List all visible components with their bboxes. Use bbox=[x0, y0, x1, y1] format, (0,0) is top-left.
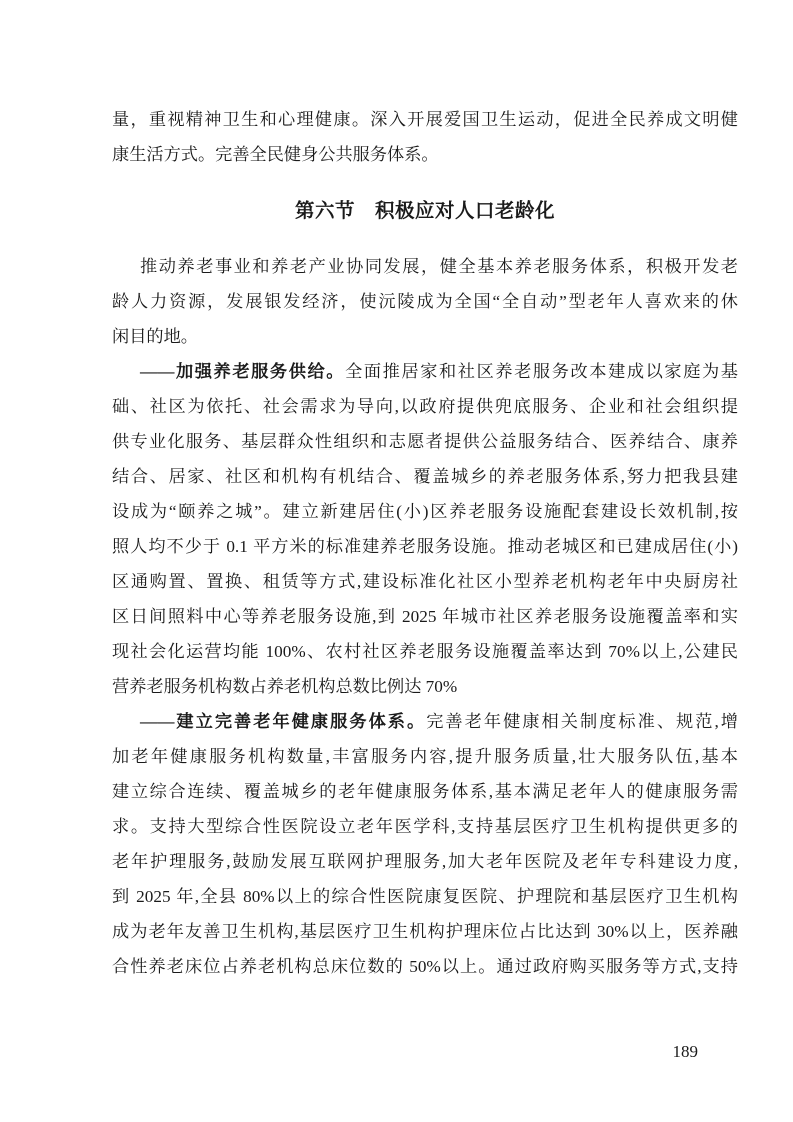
text-segment: 闲目的地。 bbox=[112, 327, 198, 346]
text-segment: 建立综合连续、覆盖城乡的老年健康服务体系,基本满足老年人的健康服务需 bbox=[112, 782, 738, 801]
text-segment: 康生活方式。完善全民健身公共服务体系。 bbox=[112, 145, 439, 164]
text-line: 求。支持大型综合性医院设立老年医学科,支持基层医疗卫生机构提供更多的 bbox=[112, 809, 738, 844]
text-line: 区日间照料中心等养老服务设施,到 2025 年城市社区养老服务设施覆盖率和实 bbox=[112, 599, 738, 634]
bold-lead-in: ——建立完善老年健康服务体系。 bbox=[140, 712, 426, 731]
bold-lead-in: ——加强养老服务供给。 bbox=[140, 362, 345, 381]
text-segment: 供专业化服务、基层群众性组织和志愿者提供公益服务结合、医养结合、康养 bbox=[112, 432, 738, 451]
text-line: 结合、居家、社区和机构有机结合、覆盖城乡的养老服务体系,努力把我县建 bbox=[112, 459, 738, 494]
text-line: 营养老服务机构数占养老机构总数比例达 70% bbox=[112, 669, 738, 704]
page-number: 189 bbox=[673, 1042, 699, 1062]
text-segment: 设成为“颐养之城”。建立新建居住(小)区养老服务设施配套建设长效机制,按 bbox=[112, 502, 738, 521]
text-segment: 龄人力资源，发展银发经济，使沅陵成为全国“全自动”型老年人喜欢来的休 bbox=[112, 292, 738, 311]
paragraph-lines-top: 量，重视精神卫生和心理健康。深入开展爱国卫生运动，促进全民养成文明健康生活方式。… bbox=[112, 102, 738, 172]
text-line: 推动养老事业和养老产业协同发展，健全基本养老服务体系，积极开发老 bbox=[112, 249, 738, 284]
text-line: 设成为“颐养之城”。建立新建居住(小)区养老服务设施配套建设长效机制,按 bbox=[112, 494, 738, 529]
text-segment: 量，重视精神卫生和心理健康。深入开展爱国卫生运动，促进全民养成文明健 bbox=[112, 110, 738, 129]
text-line: 龄人力资源，发展银发经济，使沅陵成为全国“全自动”型老年人喜欢来的休 bbox=[112, 284, 738, 319]
document-page: 量，重视精神卫生和心理健康。深入开展爱国卫生运动，促进全民养成文明健康生活方式。… bbox=[0, 0, 793, 1122]
text-line: 成为老年友善卫生机构,基层医疗卫生机构护理床位占比达到 30%以上，医养融 bbox=[112, 914, 738, 949]
text-segment: 照人均不少于 0.1 平方米的标准建养老服务设施。推动老城区和已建成居住(小) bbox=[112, 537, 738, 556]
text-segment: 完善老年健康相关制度标准、规范,增 bbox=[426, 712, 738, 731]
text-line: 加老年健康服务机构数量,丰富服务内容,提升服务质量,壮大服务队伍,基本 bbox=[112, 739, 738, 774]
text-segment: 础、社区为依托、社会需求为导向,以政府提供兜底服务、企业和社会组织提 bbox=[112, 397, 738, 416]
text-segment: 成为老年友善卫生机构,基层医疗卫生机构护理床位占比达到 30%以上，医养融 bbox=[112, 922, 738, 941]
text-segment: 合性养老床位占养老机构总床位数的 50%以上。通过政府购买服务等方式,支持 bbox=[112, 957, 738, 976]
text-line: 老年护理服务,鼓励发展互联网护理服务,加大老年医院及老年专科建设力度, bbox=[112, 844, 738, 879]
text-line: 量，重视精神卫生和心理健康。深入开展爱国卫生运动，促进全民养成文明健 bbox=[112, 102, 738, 137]
text-segment: 到 2025 年,全县 80%以上的综合性医院康复医院、护理院和基层医疗卫生机构 bbox=[112, 887, 738, 906]
text-segment: 结合、居家、社区和机构有机结合、覆盖城乡的养老服务体系,努力把我县建 bbox=[112, 467, 738, 486]
text-segment: 营养老服务机构数占养老机构总数比例达 70% bbox=[112, 677, 457, 696]
text-segment: 现社会化运营均能 100%、农村社区养老服务设施覆盖率达到 70%以上,公建民 bbox=[112, 642, 738, 661]
text-line: 合性养老床位占养老机构总床位数的 50%以上。通过政府购买服务等方式,支持 bbox=[112, 949, 738, 984]
text-line: 供专业化服务、基层群众性组织和志愿者提供公益服务结合、医养结合、康养 bbox=[112, 424, 738, 459]
text-segment: 推动养老事业和养老产业协同发展，健全基本养老服务体系，积极开发老 bbox=[140, 257, 738, 276]
text-line: 康生活方式。完善全民健身公共服务体系。 bbox=[112, 137, 738, 172]
text-line: ——加强养老服务供给。全面推居家和社区养老服务改本建成以家庭为基 bbox=[112, 354, 738, 389]
text-column: 量，重视精神卫生和心理健康。深入开展爱国卫生运动，促进全民养成文明健康生活方式。… bbox=[112, 102, 738, 984]
text-segment: 加老年健康服务机构数量,丰富服务内容,提升服务质量,壮大服务队伍,基本 bbox=[112, 747, 738, 766]
text-line: 区通购置、置换、租赁等方式,建设标准化社区小型养老机构老年中央厨房社 bbox=[112, 564, 738, 599]
text-segment: 老年护理服务,鼓励发展互联网护理服务,加大老年医院及老年专科建设力度, bbox=[112, 852, 738, 871]
text-segment: 区通购置、置换、租赁等方式,建设标准化社区小型养老机构老年中央厨房社 bbox=[112, 572, 738, 591]
text-line: 础、社区为依托、社会需求为导向,以政府提供兜底服务、企业和社会组织提 bbox=[112, 389, 738, 424]
text-segment: 区日间照料中心等养老服务设施,到 2025 年城市社区养老服务设施覆盖率和实 bbox=[112, 607, 738, 626]
text-line: ——建立完善老年健康服务体系。完善老年健康相关制度标准、规范,增 bbox=[112, 704, 738, 739]
text-line: 建立综合连续、覆盖城乡的老年健康服务体系,基本满足老年人的健康服务需 bbox=[112, 774, 738, 809]
section-heading: 第六节 积极应对人口老龄化 bbox=[112, 194, 738, 229]
text-line: 到 2025 年,全县 80%以上的综合性医院康复医院、护理院和基层医疗卫生机构 bbox=[112, 879, 738, 914]
text-line: 闲目的地。 bbox=[112, 319, 738, 354]
paragraph-lines-body: 推动养老事业和养老产业协同发展，健全基本养老服务体系，积极开发老龄人力资源，发展… bbox=[112, 249, 738, 984]
text-line: 照人均不少于 0.1 平方米的标准建养老服务设施。推动老城区和已建成居住(小) bbox=[112, 529, 738, 564]
text-segment: 全面推居家和社区养老服务改本建成以家庭为基 bbox=[345, 362, 738, 381]
text-line: 现社会化运营均能 100%、农村社区养老服务设施覆盖率达到 70%以上,公建民 bbox=[112, 634, 738, 669]
text-segment: 求。支持大型综合性医院设立老年医学科,支持基层医疗卫生机构提供更多的 bbox=[112, 817, 738, 836]
